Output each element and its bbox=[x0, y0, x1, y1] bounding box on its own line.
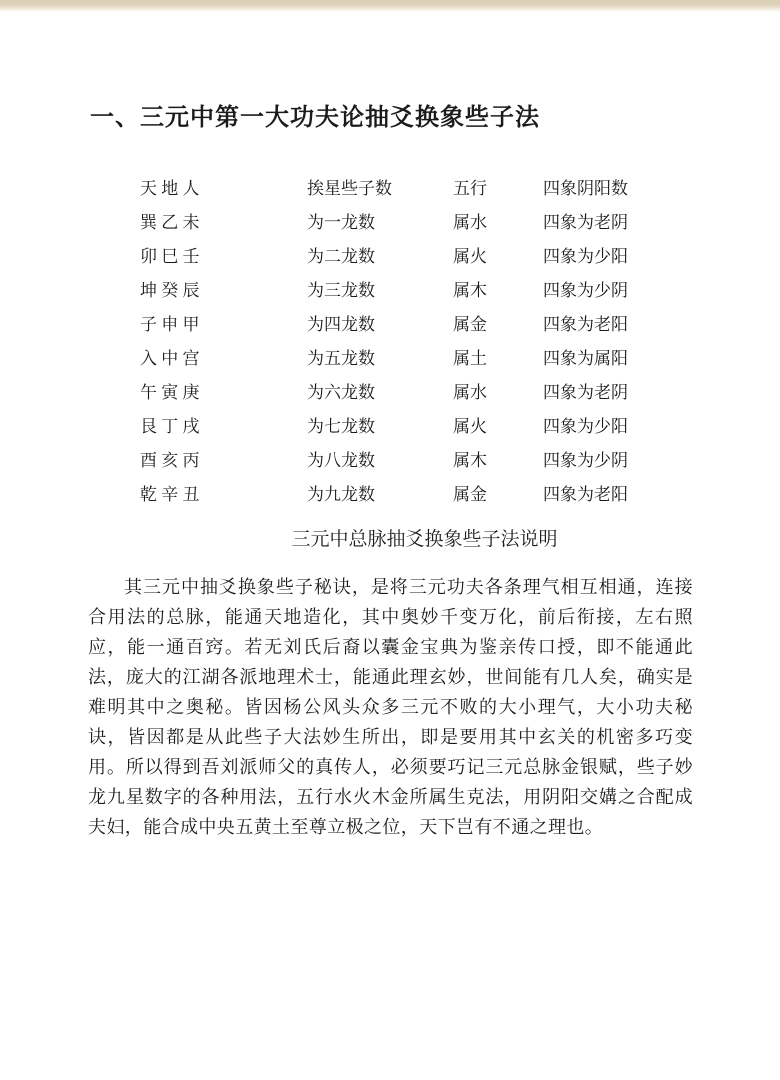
table-header-cell: 天 地 人 bbox=[140, 172, 307, 206]
table-cell: 属木 bbox=[453, 274, 543, 308]
scanned-page-top-edge bbox=[0, 0, 780, 12]
table-cell: 为一龙数 bbox=[307, 206, 453, 240]
table-header-row: 天 地 人 挨星些子数 五行 四象阴阳数 bbox=[140, 172, 780, 206]
body-paragraph: 其三元中抽爻换象些子秘诀，是将三元功夫各条理气相互相通，连接合用法的总脉，能通天… bbox=[88, 572, 693, 842]
table-cell: 为四龙数 bbox=[307, 308, 453, 342]
document-page: { "page": { "title": "一、三元中第一大功夫论抽爻换象些子法… bbox=[0, 0, 780, 1080]
table-cell: 四象为老阴 bbox=[543, 206, 780, 240]
table-header-cell: 五行 bbox=[453, 172, 543, 206]
table-cell: 为七龙数 bbox=[307, 410, 453, 444]
section-heading: 三元中总脉抽爻换象些子法说明 bbox=[122, 528, 727, 552]
table-cell: 四象为老阴 bbox=[543, 376, 780, 410]
table-cell: 卯 巳 壬 bbox=[140, 240, 307, 274]
table-cell: 为五龙数 bbox=[307, 342, 453, 376]
table-row: 酉 亥 丙 为八龙数 属木 四象为少阴 bbox=[140, 444, 780, 478]
table-row: 乾 辛 丑 为九龙数 属金 四象为老阳 bbox=[140, 478, 780, 512]
table-cell: 属金 bbox=[453, 308, 543, 342]
table-cell: 四象为老阳 bbox=[543, 478, 780, 512]
table-cell: 属水 bbox=[453, 376, 543, 410]
table-cell: 为九龙数 bbox=[307, 478, 453, 512]
table-cell: 四象为少阴 bbox=[543, 274, 780, 308]
table-row: 艮 丁 戌 为七龙数 属火 四象为少阳 bbox=[140, 410, 780, 444]
table-cell: 酉 亥 丙 bbox=[140, 444, 307, 478]
table-header-cell: 四象阴阳数 bbox=[543, 172, 780, 206]
table-cell: 为六龙数 bbox=[307, 376, 453, 410]
table-row: 子 申 甲 为四龙数 属金 四象为老阳 bbox=[140, 308, 780, 342]
table-cell: 坤 癸 辰 bbox=[140, 274, 307, 308]
table-row: 坤 癸 辰 为三龙数 属木 四象为少阴 bbox=[140, 274, 780, 308]
table-cell: 属火 bbox=[453, 240, 543, 274]
table-cell: 属土 bbox=[453, 342, 543, 376]
table-cell: 为三龙数 bbox=[307, 274, 453, 308]
table-cell: 属水 bbox=[453, 206, 543, 240]
table-cell: 四象为少阳 bbox=[543, 410, 780, 444]
table-header-cell: 挨星些子数 bbox=[307, 172, 453, 206]
table-cell: 入 中 宫 bbox=[140, 342, 307, 376]
table-row: 入 中 宫 为五龙数 属土 四象为属阳 bbox=[140, 342, 780, 376]
table-cell: 属火 bbox=[453, 410, 543, 444]
table-cell: 艮 丁 戌 bbox=[140, 410, 307, 444]
table-cell: 巽 乙 未 bbox=[140, 206, 307, 240]
table-cell: 四象为少阴 bbox=[543, 444, 780, 478]
table-row: 巽 乙 未 为一龙数 属水 四象为老阴 bbox=[140, 206, 780, 240]
table-cell: 四象为属阳 bbox=[543, 342, 780, 376]
table-cell: 为二龙数 bbox=[307, 240, 453, 274]
table-cell: 乾 辛 丑 bbox=[140, 478, 307, 512]
dragon-number-table: 天 地 人 挨星些子数 五行 四象阴阳数 巽 乙 未 为一龙数 属水 四象为老阴… bbox=[140, 172, 780, 512]
table-cell: 四象为少阳 bbox=[543, 240, 780, 274]
table-cell: 子 申 甲 bbox=[140, 308, 307, 342]
table-row: 卯 巳 壬 为二龙数 属火 四象为少阳 bbox=[140, 240, 780, 274]
table-cell: 午 寅 庚 bbox=[140, 376, 307, 410]
table-cell: 属金 bbox=[453, 478, 543, 512]
page-title: 一、三元中第一大功夫论抽爻换象些子法 bbox=[90, 102, 780, 135]
table-row: 午 寅 庚 为六龙数 属水 四象为老阴 bbox=[140, 376, 780, 410]
table-cell: 四象为老阳 bbox=[543, 308, 780, 342]
table-cell: 属木 bbox=[453, 444, 543, 478]
table-cell: 为八龙数 bbox=[307, 444, 453, 478]
